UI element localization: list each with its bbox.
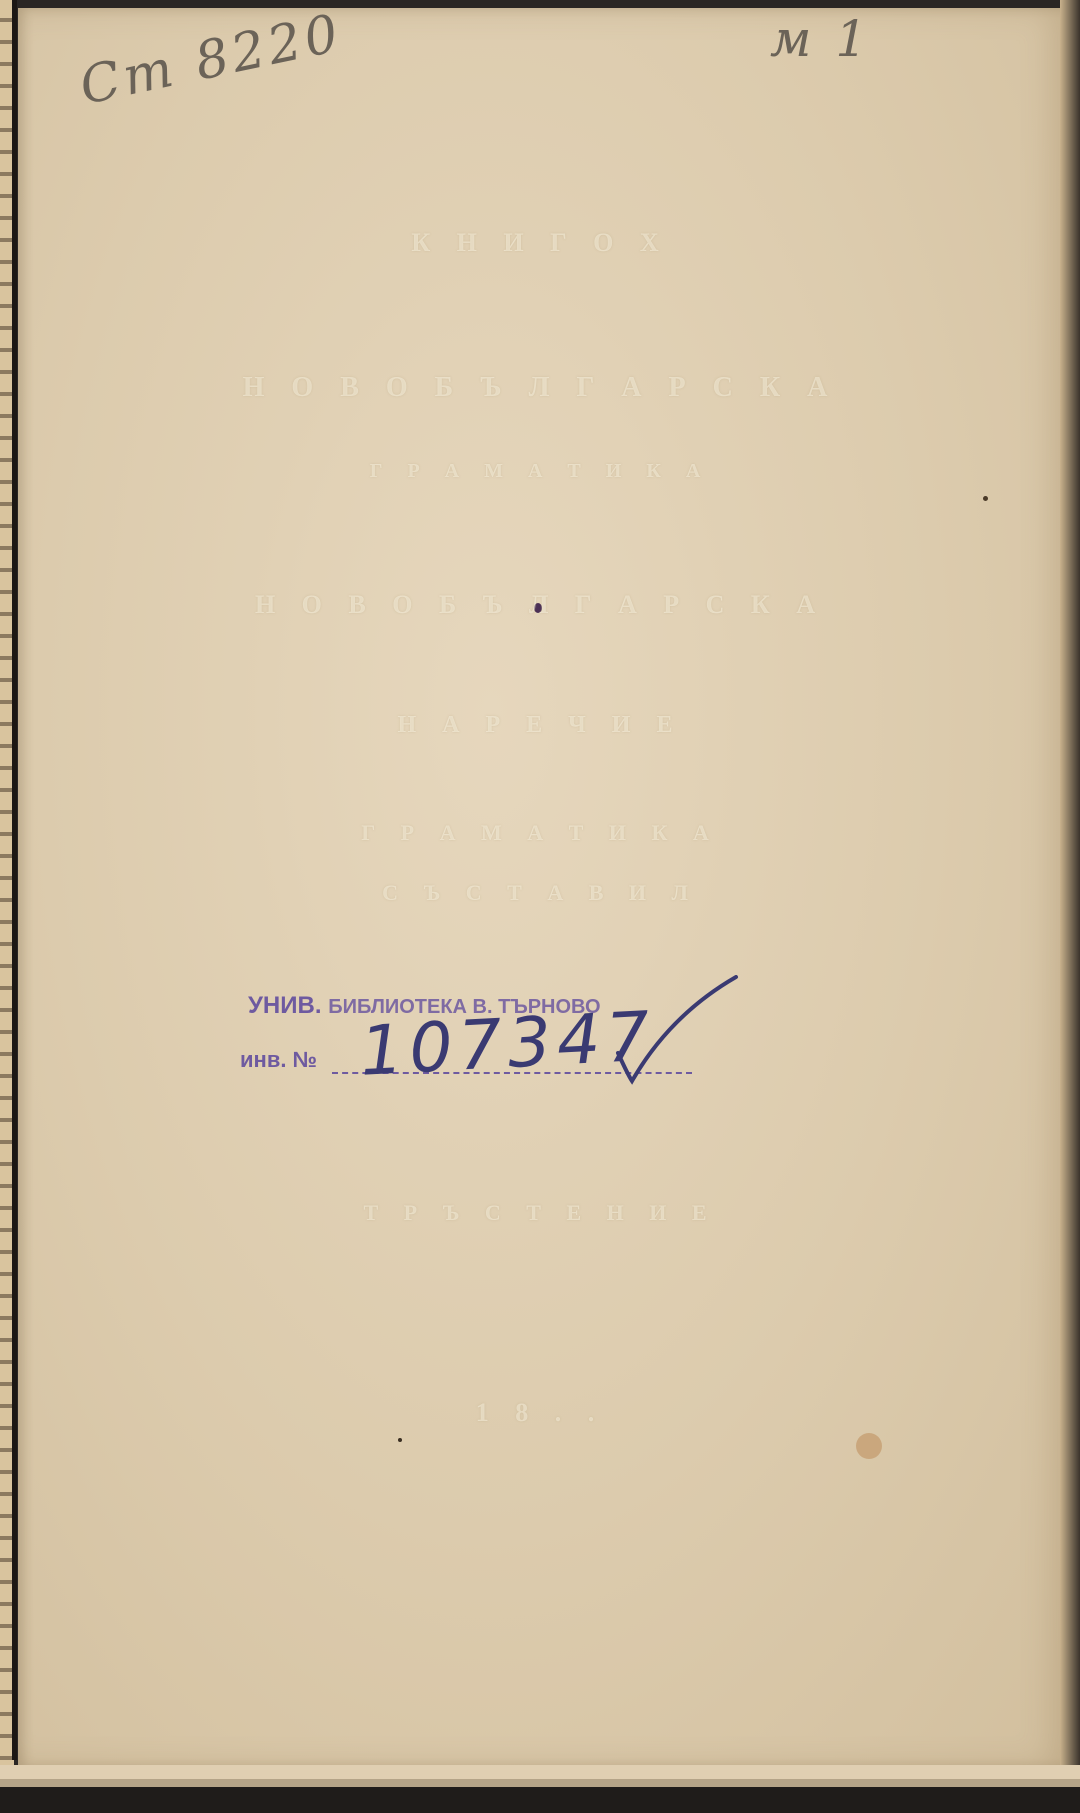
show-through-line-5: Н А Р Е Ч И Е [0, 712, 1080, 739]
right-page-edge [1060, 0, 1080, 1813]
bottom-page-edge [0, 1765, 1080, 1813]
dirt-speck [398, 1438, 402, 1442]
show-through-line-8: Т Р Ъ С Т Е Н И Е [0, 1200, 1080, 1226]
foxing-stain [856, 1433, 882, 1459]
pencil-corner-mark: м 1 [770, 10, 871, 68]
show-through-line-9: 1 8 . . [0, 1398, 1080, 1428]
stamp-inventory-label: инв. № [240, 1047, 317, 1073]
show-through-line-2: Н О В О Б Ъ Л Г А Р С К А [0, 372, 1080, 404]
show-through-line-1: К Н И Г О Х [0, 228, 1080, 258]
dirt-speck [983, 496, 988, 501]
show-through-line-6: Г Р А М А Т И К А [0, 820, 1080, 846]
show-through-line-7: С Ъ С Т А В И Л [0, 880, 1080, 906]
show-through-line-3: Г Р А М А Т И К А [0, 460, 1080, 483]
checkmark-icon [600, 975, 740, 1085]
show-through-line-4: Н О В О Б Ъ Л Г А Р С К А [0, 590, 1080, 620]
stamp-univ-label: УНИВ. [248, 992, 322, 1019]
